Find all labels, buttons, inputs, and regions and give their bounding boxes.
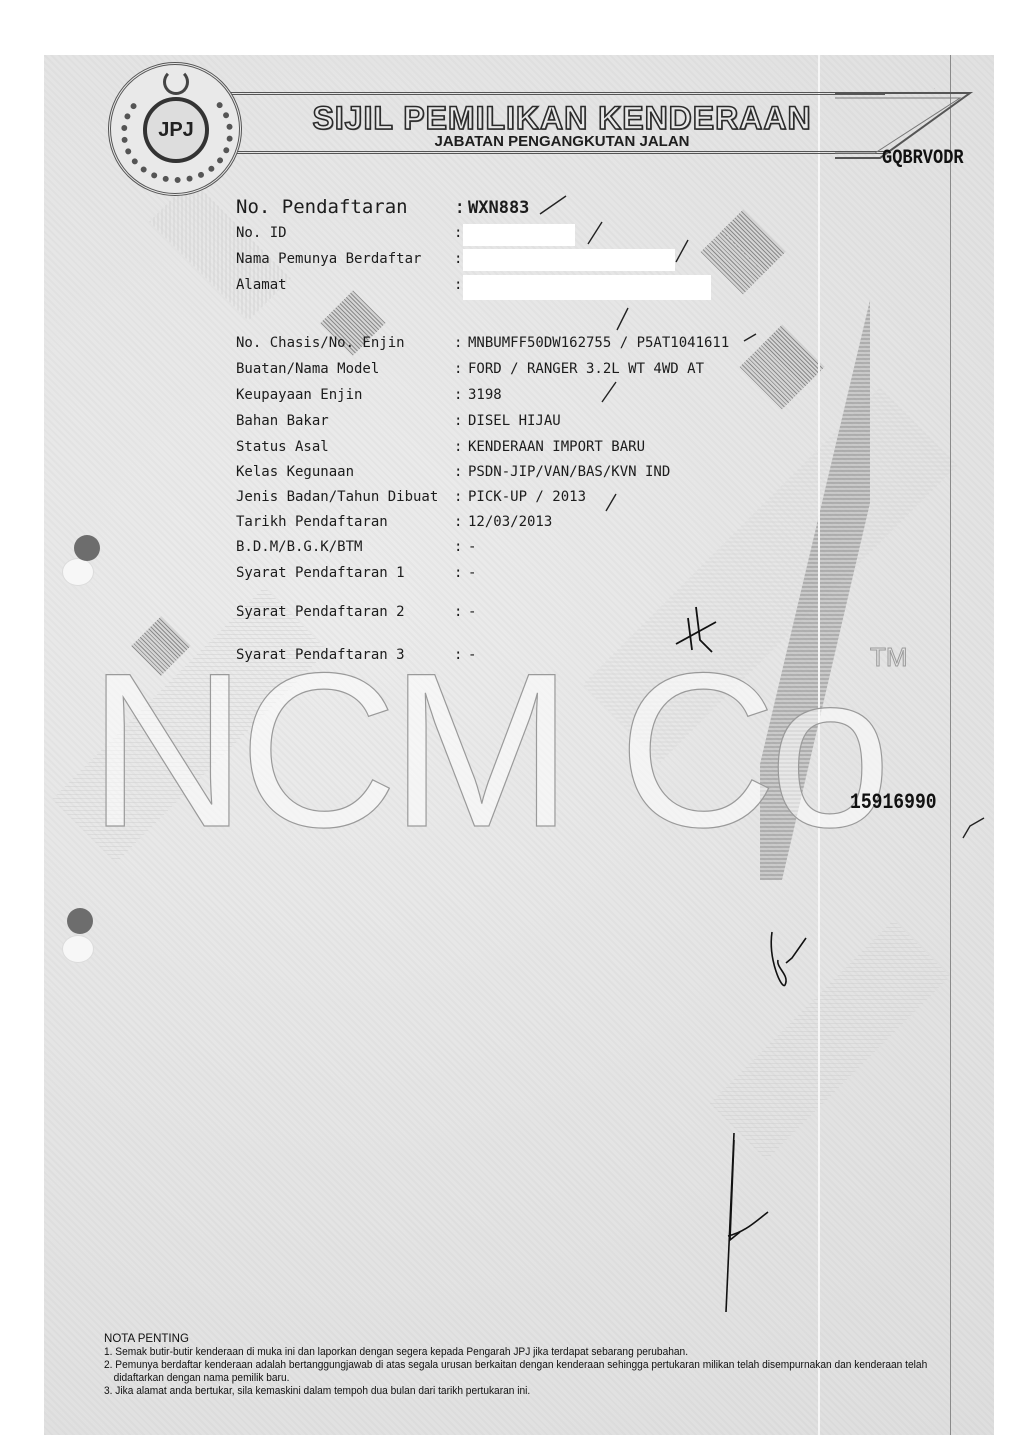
- trademark-mark: TM: [870, 642, 908, 673]
- notes-heading: NOTA PENTING: [104, 1332, 930, 1345]
- note-item: 3. Jika alamat anda bertukar, sila kemas…: [104, 1385, 930, 1398]
- important-notes: NOTA PENTING 1. Semak butir-butir kender…: [104, 1332, 930, 1398]
- watermark-text: NCM Co: [88, 640, 883, 860]
- note-item: 2. Pemunya berdaftar kenderaan adalah be…: [104, 1359, 930, 1385]
- note-item: 1. Semak butir-butir kenderaan di muka i…: [104, 1346, 930, 1359]
- certificate-serial-number: 15916990: [850, 790, 937, 815]
